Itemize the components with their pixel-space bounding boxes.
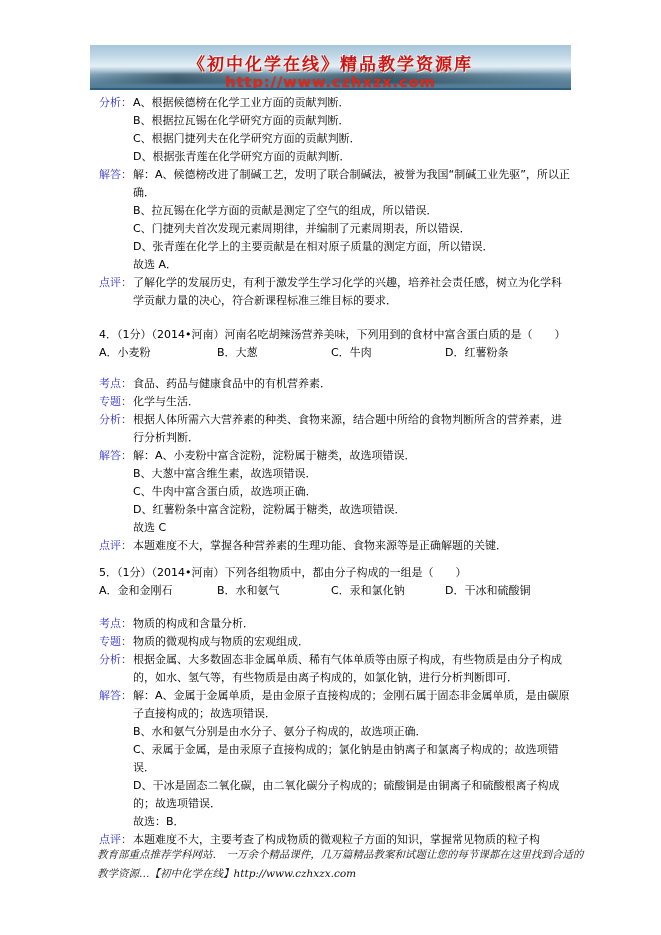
q3-analysis-line-b: B、根据拉瓦锡在化学研究方面的贡献判断． — [133, 112, 572, 130]
q4-testpoint-text: 食品、药品与健康食品中的有机营养素． — [133, 375, 572, 393]
q3-answer-content: 解：A、候德榜改进了制碱工艺，发明了联合制碱法，被誉为我国“制碱工业先驱”，所以… — [133, 166, 572, 274]
q3-answer-line-b: B、拉瓦锡在化学方面的贡献是测定了空气的组成，所以错误． — [133, 202, 572, 220]
q5-answer-section: 解答： 解：A、金属于金属单质，是由金原子直接构成的；金刚石属于固态非金属单质，… — [99, 687, 572, 831]
q5-answer-line-b: B、水和氨气分别是由水分子、氨分子构成的，故选项正确． — [133, 723, 572, 741]
q4-answer-line-c: C、牛肉中富含蛋白质，故选项正确． — [133, 483, 572, 501]
q3-analysis-line-c: C、根据门捷列夫在化学研究方面的贡献判断． — [133, 130, 572, 148]
q3-comment-section: 点评： 了解化学的发展历史，有利于激发学生学习化学的兴趣，培养社会责任感，树立为… — [99, 274, 572, 310]
topic-label: 专题： — [99, 393, 133, 411]
q4-answer-line-a: 解：A、小麦粉中富含淀粉，淀粉属于糖类，故选项错误． — [133, 447, 572, 465]
footer-url-link[interactable]: http://www.czhxzx.com — [234, 868, 357, 880]
footer-line2: 教学资源…【初中化学在线】http://www.czhxzx.com — [97, 865, 577, 884]
q4-answer-line-d: D、红薯粉条中富含淀粉，淀粉属于糖类，故选项错误． — [133, 501, 572, 519]
document-body: 分析： A、根据候德榜在化学工业方面的贡献判断． B、根据拉瓦锡在化学研究方面的… — [99, 94, 572, 849]
q5-topic-text: 物质的微观构成与物质的宏观组成． — [133, 633, 572, 651]
q3-analysis-section: 分析： A、根据候德榜在化学工业方面的贡献判断． B、根据拉瓦锡在化学研究方面的… — [99, 94, 572, 166]
comment-label: 点评： — [99, 274, 133, 310]
q5-answer-choice: 故选：B． — [133, 813, 572, 831]
q3-answer-line-a: 解：A、候德榜改进了制碱工艺，发明了联合制碱法，被誉为我国“制碱工业先驱”，所以… — [133, 166, 572, 202]
analysis-label: 分析： — [99, 94, 133, 166]
site-banner[interactable]: 《初中化学在线》精品教学资源库 http://www.czhxzx.com — [90, 45, 571, 90]
q3-analysis-content: A、根据候德榜在化学工业方面的贡献判断． B、根据拉瓦锡在化学研究方面的贡献判断… — [133, 94, 572, 166]
q4-topic-text: 化学与生活． — [133, 393, 572, 411]
q4-option-d: D．红薯粉条 — [445, 344, 572, 362]
comment-label: 点评： — [99, 537, 133, 555]
banner-url-link[interactable]: http://www.czhxzx.com — [90, 75, 571, 90]
q5-answer-line-d: D、干冰是固态二氧化碳，由二氧化碳分子构成的；硫酸铜是由铜离子和硫酸根离子构成的… — [133, 777, 572, 813]
q4-option-c: C．牛肉 — [331, 344, 445, 362]
q5-option-b: B．水和氨气 — [217, 582, 331, 600]
q5-testpoint-text: 物质的构成和含量分析． — [133, 615, 572, 633]
q4-options-row: A．小麦粉 B．大葱 C．牛肉 D．红薯粉条 — [99, 344, 572, 362]
q4-analysis-text: 根据人体所需六大营养素的种类、食物来源，结合题中所给的食物判断所含的营养素，进行… — [133, 411, 572, 447]
q5-topic-section: 专题： 物质的微观构成与物质的宏观组成． — [99, 633, 572, 651]
answer-label: 解答： — [99, 166, 133, 274]
q4-comment-section: 点评： 本题难度不大，掌握各种营养素的生理功能、食物来源等是正确解题的关键． — [99, 537, 572, 555]
q3-answer-section: 解答： 解：A、候德榜改进了制碱工艺，发明了联合制碱法，被誉为我国“制碱工业先驱… — [99, 166, 572, 274]
q4-answer-content: 解：A、小麦粉中富含淀粉，淀粉属于糖类，故选项错误． B、大葱中富含维生素，故选… — [133, 447, 572, 537]
q3-analysis-line-d: D、根据张青莲在化学研究方面的贡献判断． — [133, 148, 572, 166]
q4-answer-section: 解答： 解：A、小麦粉中富含淀粉，淀粉属于糖类，故选项错误． B、大葱中富含维生… — [99, 447, 572, 537]
q4-analysis-section: 分析： 根据人体所需六大营养素的种类、食物来源，结合题中所给的食物判断所含的营养… — [99, 411, 572, 447]
q5-options-row: A．金和金刚石 B．水和氨气 C．汞和氯化钠 D．干冰和硫酸铜 — [99, 582, 572, 600]
q4-comment-text: 本题难度不大，掌握各种营养素的生理功能、食物来源等是正确解题的关键． — [133, 537, 572, 555]
q4-answer-line-b: B、大葱中富含维生素，故选项错误． — [133, 465, 572, 483]
q5-analysis-text: 根据金属、大多数固态非金属单质、稀有气体单质等由原子构成，有些物质是由分子构成的… — [133, 651, 572, 687]
testpoint-label: 考点： — [99, 375, 133, 393]
q3-answer-choice: 故选 A． — [133, 256, 572, 274]
q5-option-c: C．汞和氯化钠 — [331, 582, 445, 600]
q5-analysis-section: 分析： 根据金属、大多数固态非金属单质、稀有气体单质等由原子构成，有些物质是由分… — [99, 651, 572, 687]
testpoint-label: 考点： — [99, 615, 133, 633]
footer-line1: 教育部重点推荐学科网站． 一万余个精品课件，几万篇精品教案和试题让您的每节课都在… — [97, 846, 577, 865]
footer-line2-text: 教学资源…【初中化学在线】 — [97, 868, 234, 880]
page-footer: 教育部重点推荐学科网站． 一万余个精品课件，几万篇精品教案和试题让您的每节课都在… — [97, 846, 577, 884]
q5-option-d: D．干冰和硫酸铜 — [445, 582, 572, 600]
answer-label: 解答： — [99, 687, 133, 831]
q4-testpoint-section: 考点： 食品、药品与健康食品中的有机营养素． — [99, 375, 572, 393]
q4-topic-section: 专题： 化学与生活． — [99, 393, 572, 411]
analysis-label: 分析： — [99, 651, 133, 687]
q5-answer-content: 解：A、金属于金属单质，是由金原子直接构成的；金刚石属于固态非金属单质，是由碳原… — [133, 687, 572, 831]
q4-question-text: 4．（1分）（2014•河南）河南名吃胡辣汤营养美味，下列用到的食材中富含蛋白质… — [99, 326, 572, 344]
q3-answer-line-d: D、张青莲在化学上的主要贡献是在相对原子质量的测定方面，所以错误． — [133, 238, 572, 256]
q5-option-a: A．金和金刚石 — [99, 582, 217, 600]
banner-title: 《初中化学在线》精品教学资源库 — [90, 50, 571, 75]
q3-analysis-line-a: A、根据候德榜在化学工业方面的贡献判断． — [133, 94, 572, 112]
analysis-label: 分析： — [99, 411, 133, 447]
q4-answer-choice: 故选 C — [133, 519, 572, 537]
q5-answer-line-c: C、汞属于金属，是由汞原子直接构成的；氯化钠是由钠离子和氯离子构成的；故选项错误… — [133, 741, 572, 777]
q3-answer-line-c: C、门捷列夫首次发现元素周期律，并编制了元素周期表，所以错误． — [133, 220, 572, 238]
topic-label: 专题： — [99, 633, 133, 651]
q4-option-a: A．小麦粉 — [99, 344, 217, 362]
q5-question-text: 5．（1分）（2014•河南）下列各组物质中，都由分子构成的一组是（ ） — [99, 564, 572, 582]
q3-comment-text: 了解化学的发展历史，有利于激发学生学习化学的兴趣，培养社会责任感，树立为化学科学… — [133, 274, 572, 310]
q5-answer-line-a: 解：A、金属于金属单质，是由金原子直接构成的；金刚石属于固态非金属单质，是由碳原… — [133, 687, 572, 723]
answer-label: 解答： — [99, 447, 133, 537]
q4-option-b: B．大葱 — [217, 344, 331, 362]
q5-testpoint-section: 考点： 物质的构成和含量分析． — [99, 615, 572, 633]
